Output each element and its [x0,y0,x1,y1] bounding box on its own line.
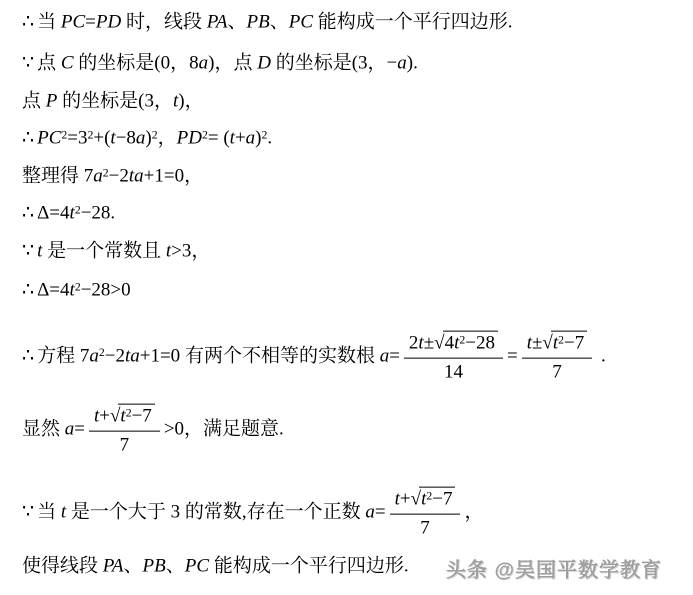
because-symbol: ∵ [22,241,34,262]
math-run: 7 [84,166,94,187]
math-variable: PA [207,12,228,33]
math-run: −28>0 [81,280,131,301]
math-variable: ta [125,345,140,366]
text-run: 、 [227,12,246,33]
math-run: +1=0 [140,345,180,366]
math-run: 3，− [358,53,397,74]
math-run: −7 [564,333,584,354]
math-run: −2 [109,166,129,187]
math-run: >3 [171,241,191,262]
math-run: = ( [208,128,230,149]
text-run: 是一个大于 3 的常数,存在一个正数 [66,501,365,522]
radicand: t2−7 [551,331,587,355]
math-run: 7 [120,435,130,456]
text-run: ， [185,91,204,112]
because-symbol: ∵ [22,53,34,74]
therefore-symbol: ∴ [22,128,34,149]
fraction: t+√t2−77 [89,404,160,457]
math-run: = [74,418,85,439]
math-run: 2 [409,333,419,354]
math-variable: a [365,501,375,522]
math-run: −7 [432,489,452,510]
text-run: 有两个不相等的实数根 [180,345,380,366]
math-variable: PC [185,556,209,577]
math-variable: ta [129,166,144,187]
math-variable: PB [246,12,269,33]
text-run: ，满足题意. [184,418,284,439]
math-variable: PC [289,12,313,33]
text-line: 点 P 的坐标是(3，t)， [22,90,204,115]
text-run: 能构成一个平行四边形. [313,12,513,33]
math-run: = [85,12,96,33]
text-line: ∴Δ=4t2−28. [22,202,115,227]
math-run: −2 [105,345,125,366]
watermark: 头条 @吴国平数学教育 [446,554,662,583]
square-root: √4t2−28 [434,331,498,355]
text-run: ， [184,166,203,187]
math-run: . [267,128,272,149]
fraction: t±√t2−77 [522,331,593,384]
therefore-symbol: ∴ [22,203,34,224]
fraction: t+√t2−77 [390,487,461,540]
text-line: ∴当 PC=PD 时，线段 PA、PB、PC 能构成一个平行四边形. [22,11,513,36]
text-run: 、 [124,556,143,577]
text-run: ，点 [214,53,257,74]
text-run: 的坐标是( [57,91,144,112]
text-line: 整理得 7a2−2ta+1=0， [22,165,203,190]
math-run: 7 [552,362,562,383]
math-run: = [389,345,400,366]
text-run: 的坐标是( [271,53,358,74]
math-run: 14 [444,362,463,383]
because-symbol: ∵ [22,501,34,522]
math-run: Δ=4 [37,203,69,224]
math-variable: PD [96,12,121,33]
math-variable: a [89,345,99,366]
math-run: −28. [81,203,115,224]
math-run: = [375,501,386,522]
text-line: ∴方程 7a2−2ta+1=0 有两个不相等的实数根 a=2t±√4t2−281… [22,331,606,384]
math-run: 0，8 [161,53,199,74]
text-run: ， [158,128,177,149]
math-variable: D [257,53,271,74]
math-run: + [99,406,110,427]
text-run: ， [191,241,210,262]
math-run: Δ=4 [37,280,69,301]
math-variable: a [136,128,146,149]
text-run: 显然 [22,418,65,439]
therefore-symbol: ∴ [22,345,34,366]
text-run: 是一个常数且 [42,241,166,262]
math-run: + [235,128,246,149]
math-run: ). [407,53,418,74]
math-variable: PB [143,556,166,577]
text-run: 整理得 [22,166,84,187]
text-line: 使得线段 PA、PB、PC 能构成一个平行四边形. [22,555,409,580]
math-variable: a [199,53,209,74]
numerator: t±√t2−7 [522,331,593,359]
text-run: 时，线段 [121,12,207,33]
radicand: 4t2−28 [443,331,498,355]
text-run: 点 [22,91,46,112]
denominator: 7 [522,359,593,384]
therefore-symbol: ∴ [22,12,34,33]
text-run: 当 [37,12,61,33]
square-root: √t2−7 [542,331,587,355]
math-run: >0 [164,418,184,439]
math-run: ± [532,333,542,354]
numerator: t+√t2−7 [89,404,160,432]
math-variable: a [65,418,75,439]
document-page: ∴当 PC=PD 时，线段 PA、PB、PC 能构成一个平行四边形.∵点 C 的… [0,0,693,595]
math-variable: PC [61,12,85,33]
math-variable: a [246,128,256,149]
square-root: √t2−7 [110,404,155,428]
math-variable: C [61,53,74,74]
numerator: t+√t2−7 [390,487,461,515]
math-run: +1=0 [144,166,184,187]
math-run: 7 [80,345,90,366]
math-run: 7 [420,518,430,539]
math-variable: a [93,166,103,187]
text-run: 能构成一个平行四边形. [209,556,409,577]
math-variable: P [46,91,58,112]
math-run: + [400,489,411,510]
math-run: = [507,345,518,366]
numerator: 2t±√4t2−28 [404,331,503,359]
text-line: ∵当 t 是一个大于 3 的常数,存在一个正数 a=t+√t2−77， [22,487,483,540]
text-line: ∵t 是一个常数且 t>3， [22,240,210,265]
text-run: 的坐标是( [74,53,161,74]
math-variable: PD [177,128,202,149]
math-run: −28 [465,333,495,354]
denominator: 7 [390,515,461,540]
text-line: ∴PC2=32+(t−8a)2，PD2= (t+a)2. [22,127,272,152]
text-run: 使得线段 [22,556,103,577]
math-run: −8 [116,128,136,149]
math-variable: PA [103,556,124,577]
text-line: ∵点 C 的坐标是(0，8a)，点 D 的坐标是(3，−a). [22,52,418,77]
math-run: . [596,345,606,366]
fraction: 2t±√4t2−2814 [404,331,503,384]
text-run: 当 [37,501,61,522]
square-root: √t2−7 [411,487,456,511]
text-line: 显然 a=t+√t2−77>0，满足题意. [22,404,284,457]
math-variable: a [397,53,407,74]
text-run: 、 [166,556,185,577]
text-run: 点 [37,53,61,74]
math-variable: a [380,345,390,366]
math-run: 4 [445,333,455,354]
denominator: 7 [89,432,160,457]
math-run: =3 [67,128,87,149]
radicand: t2−7 [118,404,154,428]
math-run: −7 [132,406,152,427]
text-run: ， [464,501,483,522]
math-variable: PC [37,128,61,149]
radicand: t2−7 [419,487,455,511]
math-run: ± [424,333,434,354]
text-run: 方程 [37,345,80,366]
math-run: +( [93,128,110,149]
denominator: 14 [404,359,503,384]
math-run: 3， [144,91,173,112]
therefore-symbol: ∴ [22,280,34,301]
text-run: 、 [270,12,289,33]
text-line: ∴Δ=4t2−28>0 [22,279,131,304]
